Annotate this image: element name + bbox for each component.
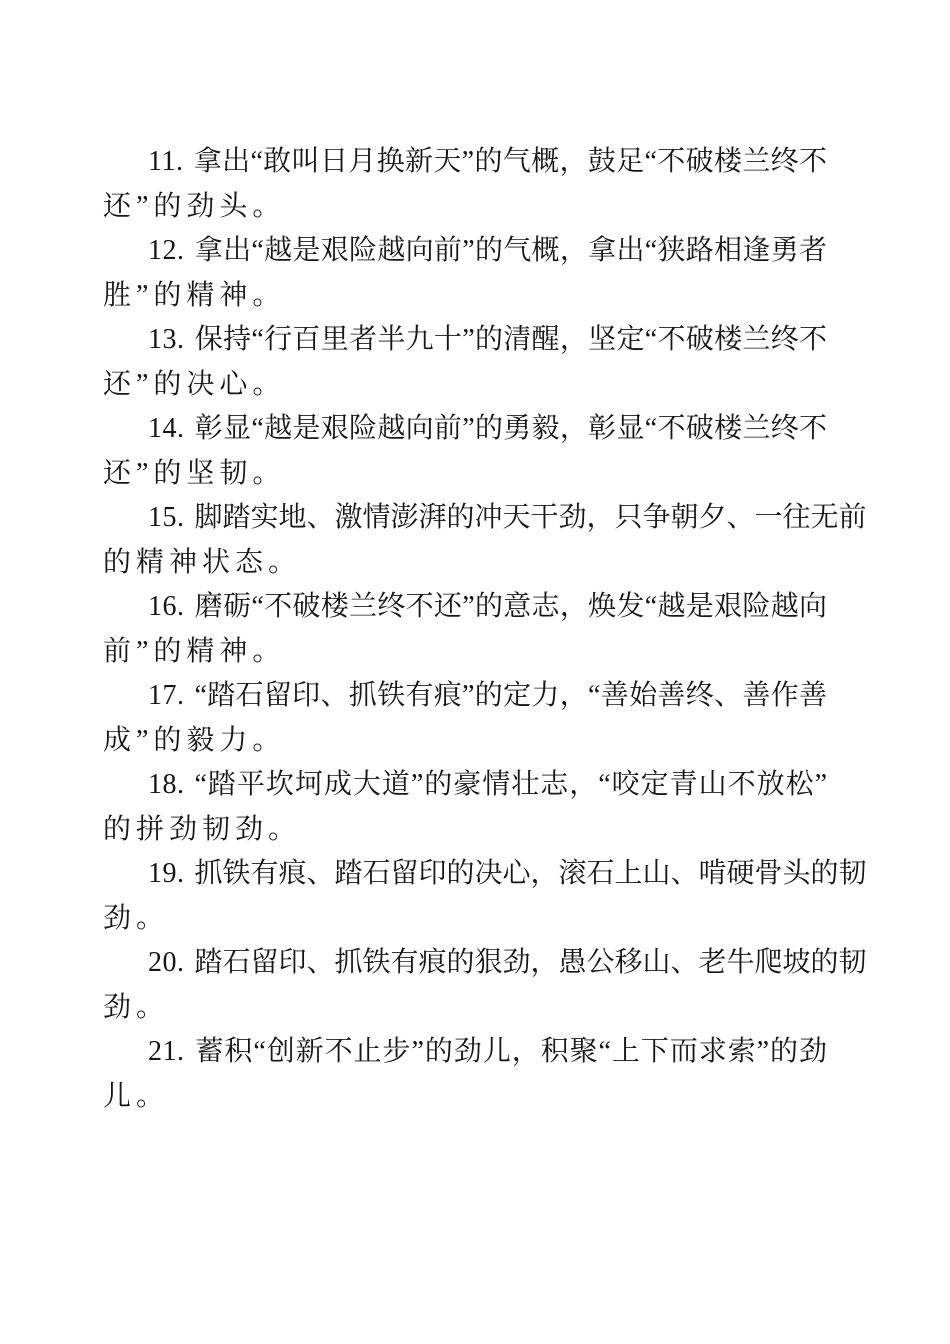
list-item: 19.抓铁有痕、踏石留印的决心，滚石上山、啃硬骨头的韧 劲。: [103, 852, 827, 941]
item-line1: 蓄积“创新不止步”的劲儿，积聚“上下而求索”的劲: [195, 1036, 828, 1067]
item-line1: 拿出“敢叫日月换新天”的气概，鼓足“不破楼兰终不: [193, 146, 827, 177]
item-line2: 还”的劲头。: [103, 185, 827, 230]
item-line2: 劲。: [103, 986, 827, 1031]
item-line1: 踏石留印、抓铁有痕的狠劲，愚公移山、老牛爬坡的韧: [195, 947, 867, 978]
item-first-line: 20.踏石留印、抓铁有痕的狠劲，愚公移山、老牛爬坡的韧: [103, 941, 827, 986]
item-line1: 抓铁有痕、踏石留印的决心，滚石上山、啃硬骨头的韧: [195, 858, 867, 889]
item-number: 17.: [148, 680, 185, 711]
item-line1: “踏平坎坷成大道”的豪情壮志，“咬定青山不放松”: [195, 769, 828, 800]
item-line2: 成”的毅力。: [103, 719, 827, 764]
item-line1: 保持“行百里者半九十”的清醒，坚定“不破楼兰终不: [195, 324, 828, 355]
item-line1: “踏石留印、抓铁有痕”的定力，“善始善终、善作善: [195, 680, 828, 711]
item-first-line: 12.拿出“越是艰险越向前”的气概，拿出“狭路相逢勇者: [103, 229, 827, 274]
list-item: 16.磨砺“不破楼兰终不还”的意志，焕发“越是艰险越向 前”的精神。: [103, 585, 827, 674]
list-item: 21.蓄积“创新不止步”的劲儿，积聚“上下而求索”的劲 儿。: [103, 1030, 827, 1119]
item-number: 12.: [148, 235, 185, 266]
item-number: 13.: [148, 324, 185, 355]
item-number: 20.: [148, 947, 185, 978]
item-line2: 的拼劲韧劲。: [103, 808, 827, 853]
list-item: 11.拿出“敢叫日月换新天”的气概，鼓足“不破楼兰终不 还”的劲头。: [103, 140, 827, 229]
item-number: 19.: [148, 858, 185, 889]
item-line2: 劲。: [103, 897, 827, 942]
item-line1: 磨砺“不破楼兰终不还”的意志，焕发“越是艰险越向: [195, 591, 828, 622]
item-first-line: 17.“踏石留印、抓铁有痕”的定力，“善始善终、善作善: [103, 674, 827, 719]
document-page: 11.拿出“敢叫日月换新天”的气概，鼓足“不破楼兰终不 还”的劲头。 12.拿出…: [0, 0, 950, 1344]
item-first-line: 13.保持“行百里者半九十”的清醒，坚定“不破楼兰终不: [103, 318, 827, 363]
item-line1: 拿出“越是艰险越向前”的气概，拿出“狭路相逢勇者: [195, 235, 828, 266]
list-item: 14.彰显“越是艰险越向前”的勇毅，彰显“不破楼兰终不 还”的坚韧。: [103, 407, 827, 496]
item-first-line: 16.磨砺“不破楼兰终不还”的意志，焕发“越是艰险越向: [103, 585, 827, 630]
list-item: 13.保持“行百里者半九十”的清醒，坚定“不破楼兰终不 还”的决心。: [103, 318, 827, 407]
list-item: 17.“踏石留印、抓铁有痕”的定力，“善始善终、善作善 成”的毅力。: [103, 674, 827, 763]
item-first-line: 18.“踏平坎坷成大道”的豪情壮志，“咬定青山不放松”: [103, 763, 827, 808]
item-first-line: 15.脚踏实地、激情澎湃的冲天干劲，只争朝夕、一往无前: [103, 496, 827, 541]
item-line2: 的精神状态。: [103, 541, 827, 586]
item-first-line: 21.蓄积“创新不止步”的劲儿，积聚“上下而求索”的劲: [103, 1030, 827, 1075]
item-first-line: 19.抓铁有痕、踏石留印的决心，滚石上山、啃硬骨头的韧: [103, 852, 827, 897]
item-line2: 还”的决心。: [103, 363, 827, 408]
item-number: 15.: [148, 502, 185, 533]
list-item: 18.“踏平坎坷成大道”的豪情壮志，“咬定青山不放松” 的拼劲韧劲。: [103, 763, 827, 852]
item-number: 14.: [148, 413, 185, 444]
item-line2: 儿。: [103, 1075, 827, 1120]
item-line2: 还”的坚韧。: [103, 452, 827, 497]
item-number: 18.: [148, 769, 185, 800]
item-number: 16.: [148, 591, 185, 622]
item-line2: 胜”的精神。: [103, 274, 827, 319]
list-item: 12.拿出“越是艰险越向前”的气概，拿出“狭路相逢勇者 胜”的精神。: [103, 229, 827, 318]
item-number: 21.: [148, 1036, 185, 1067]
item-first-line: 14.彰显“越是艰险越向前”的勇毅，彰显“不破楼兰终不: [103, 407, 827, 452]
item-first-line: 11.拿出“敢叫日月换新天”的气概，鼓足“不破楼兰终不: [103, 140, 827, 185]
list-item: 15.脚踏实地、激情澎湃的冲天干劲，只争朝夕、一往无前 的精神状态。: [103, 496, 827, 585]
item-number: 11.: [148, 146, 183, 177]
item-line1: 彰显“越是艰险越向前”的勇毅，彰显“不破楼兰终不: [195, 413, 828, 444]
document-body: 11.拿出“敢叫日月换新天”的气概，鼓足“不破楼兰终不 还”的劲头。 12.拿出…: [103, 140, 827, 1119]
item-line1: 脚踏实地、激情澎湃的冲天干劲，只争朝夕、一往无前: [195, 502, 867, 533]
list-item: 20.踏石留印、抓铁有痕的狠劲，愚公移山、老牛爬坡的韧 劲。: [103, 941, 827, 1030]
item-line2: 前”的精神。: [103, 630, 827, 675]
